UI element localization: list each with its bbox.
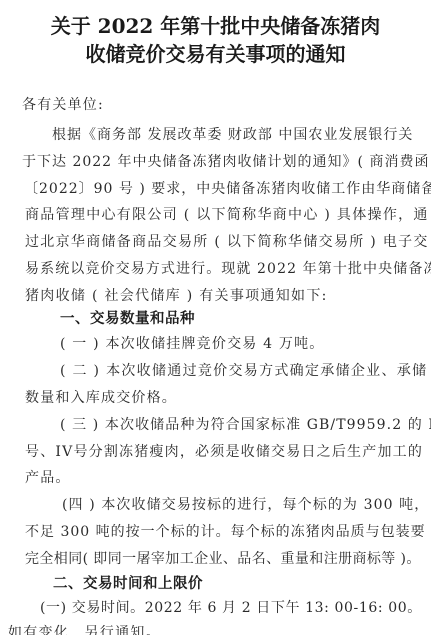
body-line: 商品管理中心有限公司 ( 以下简称华商中心 ) 具体操作，通: [25, 204, 429, 224]
section-heading-1: 一、交易数量和品种: [60, 307, 195, 328]
document-title-line-2: 收储竞价交易有关事项的通知: [0, 38, 431, 67]
section1-line: (四 ) 本次收储交易按标的进行，每个标的为 300 吨，: [62, 494, 429, 514]
section-heading-2: 二、交易时间和上限价: [53, 572, 203, 593]
body-line: 根据《商务部 发展改革委 财政部 中国农业发展银行关: [52, 124, 413, 144]
section1-line: ( 一 ) 本次收储挂牌竞价交易 4 万吨。: [60, 333, 324, 353]
section1-line: 完全相同( 即同一屠宰加工企业、品名、重量和注册商标等 )。: [25, 548, 421, 568]
section1-line: 号、IV号分割冻猪瘦肉，必须是收储交易日之后生产加工的: [25, 441, 423, 461]
document-title-line-1: 关于 2022 年第十批中央储备冻猪肉: [0, 10, 431, 39]
body-line: 于下达 2022 年中央储备冻猪肉收储计划的通知》( 商消费函: [22, 151, 429, 171]
section1-line: ( 二 ) 本次收储通过竞价交易方式确定承储企业、承储: [60, 360, 427, 380]
section1-line: 数量和入库成交价格。: [25, 387, 177, 407]
section2-line: 如有变化，另行通知。: [8, 622, 161, 635]
salutation: 各有关单位:: [22, 94, 104, 114]
body-line: 〔2022〕90 号 ) 要求，中央储备冻猪肉收储工作由华商储备: [24, 178, 431, 198]
section1-line: 产品。: [25, 467, 71, 487]
section1-line: 不足 300 吨的按一个标的计。每个标的冻猪肉品质与包装要: [25, 521, 426, 541]
body-line: 过北京华商储备商品交易所 ( 以下简称华储交易所 ) 电子交: [25, 231, 429, 251]
section2-line: (一) 交易时间。2022 年 6 月 2 日下午 13: 00-16: 00。: [40, 597, 422, 617]
body-line: 猪肉收储 ( 社会代储库 ) 有关事项通知如下:: [25, 285, 328, 305]
body-line: 易系统以竞价交易方式进行。现就 2022 年第十批中央储备冻: [25, 258, 431, 278]
section1-line: ( 三 ) 本次收储品种为符合国家标准 GB/T9959.2 的 II: [60, 414, 431, 434]
